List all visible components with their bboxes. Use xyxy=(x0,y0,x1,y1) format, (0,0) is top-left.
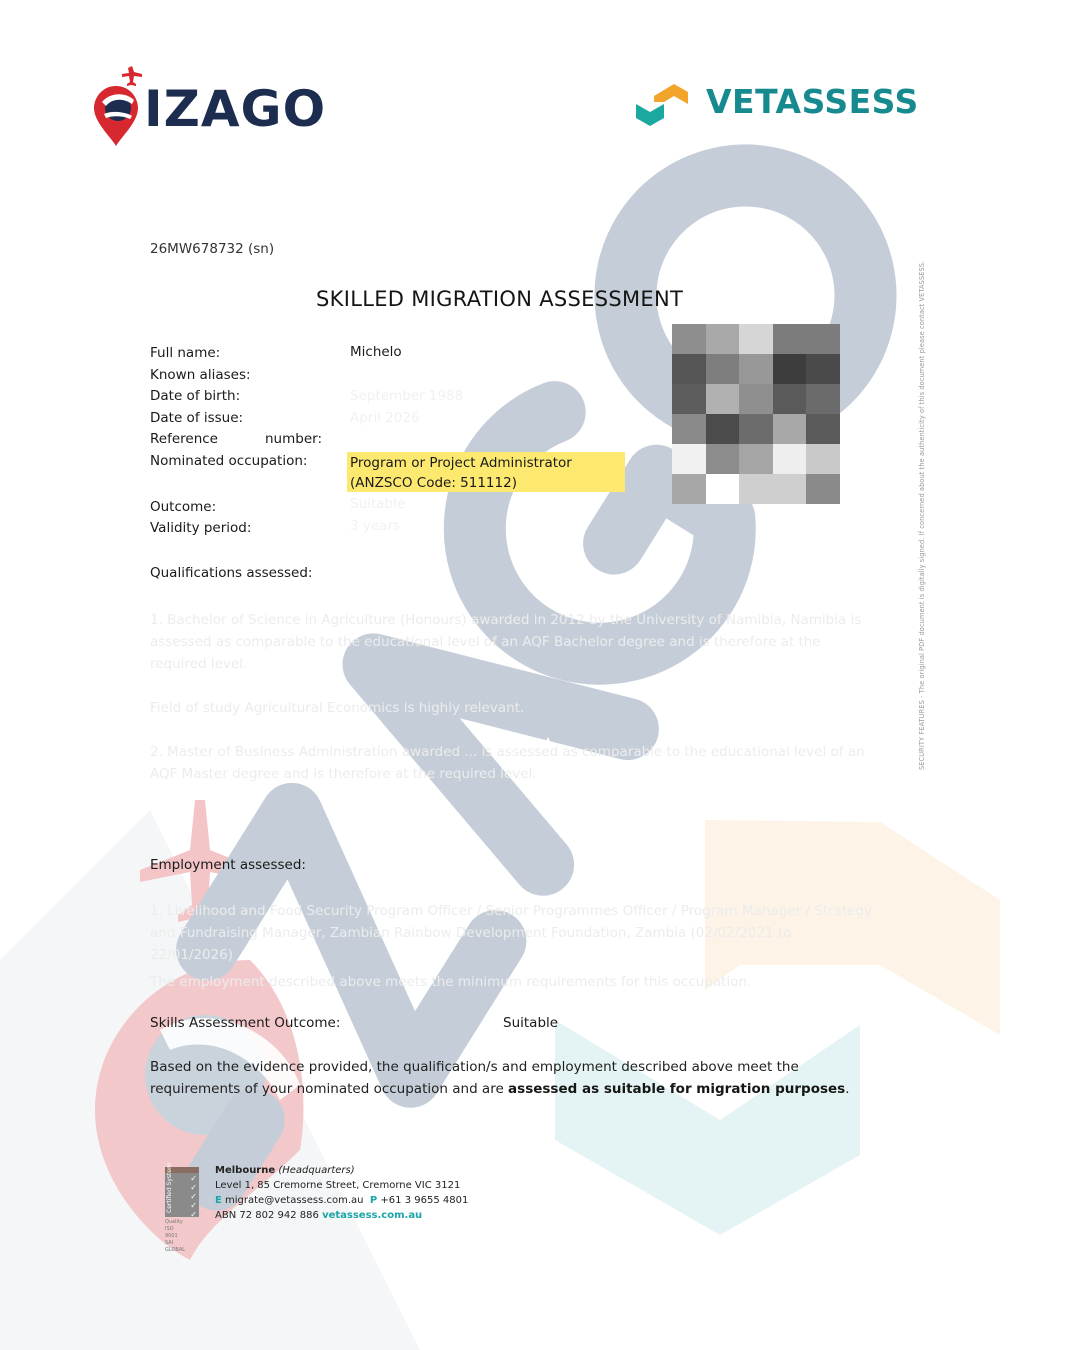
qualification-item: 2. Master of Business Administration awa… xyxy=(150,741,875,785)
office-name: Melbourne xyxy=(215,1165,275,1176)
abn: ABN 72 802 942 886 xyxy=(215,1210,319,1221)
qualification-relevance: Field of study Agricultural Economics is… xyxy=(150,697,875,719)
document-serial: 26MW678732 (sn) xyxy=(150,241,274,257)
izago-wordmark: IZAGO xyxy=(144,80,326,138)
field-label-outcome: Outcome: xyxy=(150,499,216,515)
izago-logo: IZAGO xyxy=(92,62,322,152)
office-address: Level 1, 85 Cremorne Street, Cremorne VI… xyxy=(215,1178,468,1193)
watermark-teal-chevron xyxy=(555,1020,860,1235)
field-label-reference-number: Reference number: xyxy=(150,431,322,447)
page-title: SKILLED MIGRATION ASSESSMENT xyxy=(316,287,683,311)
map-pin-globe-plane-icon xyxy=(92,62,142,152)
website-link[interactable]: vetassess.com.au xyxy=(322,1210,422,1221)
field-value-validity-period: 3 years xyxy=(350,518,400,534)
qualification-item: 1. Bachelor of Science in Agriculture (H… xyxy=(150,609,875,675)
applicant-photo-pixelated xyxy=(672,324,840,504)
field-label-known-aliases: Known aliases: xyxy=(150,367,251,383)
qualifications-heading: Qualifications assessed: xyxy=(150,565,312,581)
skills-outcome-value: Suitable xyxy=(503,1015,558,1031)
anzsco-code: (ANZSCO Code: 511112) xyxy=(350,473,572,493)
skills-outcome-label: Skills Assessment Outcome: xyxy=(150,1015,340,1031)
conclusion-emphasis: assessed as suitable for migration purpo… xyxy=(508,1081,845,1097)
phone-number[interactable]: +61 3 9655 4801 xyxy=(380,1195,468,1206)
office-note: (Headquarters) xyxy=(278,1165,354,1176)
security-features-note: SECURITY FEATURES - The original PDF doc… xyxy=(918,261,926,770)
occupation-title: Program or Project Administrator xyxy=(350,453,572,473)
conclusion-statement: Based on the evidence provided, the qual… xyxy=(150,1056,875,1100)
field-value-nominated-occupation: Program or Project Administrator (ANZSCO… xyxy=(350,453,572,493)
iso-certified-badge: ✓✓✓✓✓ Certified System xyxy=(165,1167,199,1217)
iso-badge-caption: Quality ISO 9001 SAI GLOBAL xyxy=(165,1219,185,1254)
employment-item: 1. Livelihood and Food Security Program … xyxy=(150,900,875,966)
employment-heading: Employment assessed: xyxy=(150,857,306,873)
phone-prefix: P xyxy=(370,1195,377,1206)
chevron-arrows-icon xyxy=(632,78,692,132)
field-label-date-of-issue: Date of issue: xyxy=(150,410,243,426)
vetassess-wordmark: VETASSESS xyxy=(706,82,919,121)
checkmark-icons: ✓✓✓✓✓ xyxy=(190,1174,197,1219)
field-value-outcome: Suitable xyxy=(350,496,405,512)
email-prefix: E xyxy=(215,1195,222,1206)
email-link[interactable]: migrate@vetassess.com.au xyxy=(225,1195,363,1206)
field-value-date-of-issue: April 2026 xyxy=(350,410,420,426)
field-label-full-name: Full name: xyxy=(150,345,220,361)
employment-statement: The employment described above meets the… xyxy=(150,971,875,993)
field-label-nominated-occupation: Nominated occupation: xyxy=(150,453,307,469)
field-label-date-of-birth: Date of birth: xyxy=(150,388,240,404)
vetassess-logo: VETASSESS xyxy=(632,78,942,132)
conclusion-end: . xyxy=(845,1081,849,1097)
field-value-full-name: Michelo xyxy=(350,344,402,360)
field-value-date-of-birth: September 1988 xyxy=(350,388,463,404)
field-label-validity-period: Validity period: xyxy=(150,520,251,536)
